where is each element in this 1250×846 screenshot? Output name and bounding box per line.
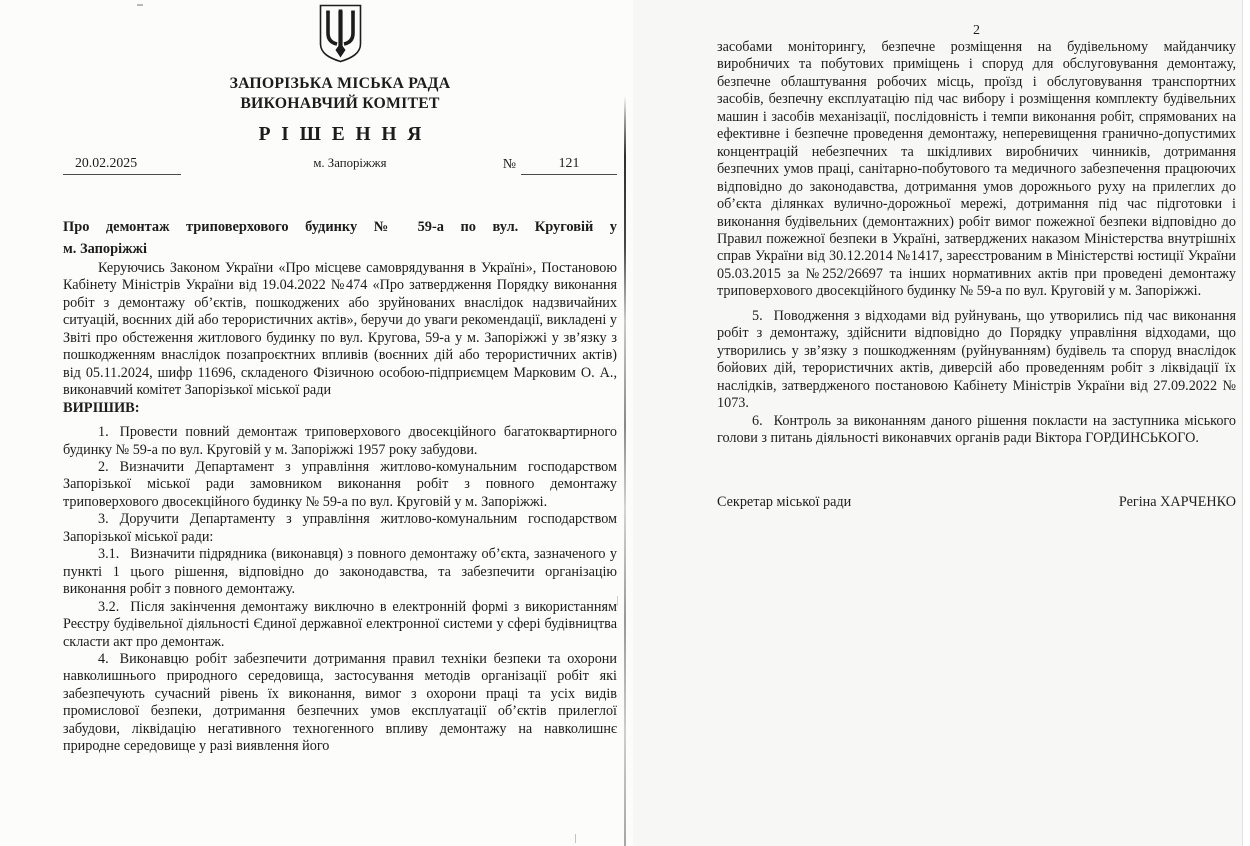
item-6: 6.Контроль за виконанням даного рішення … bbox=[717, 413, 1236, 448]
signature-name: Регіна ХАРЧЕНКО bbox=[1119, 493, 1236, 511]
item-6-number: 6. bbox=[752, 413, 763, 429]
item-4-number: 4. bbox=[98, 651, 109, 667]
signature-block: Секретар міської ради Регіна ХАРЧЕНКО bbox=[717, 493, 1236, 511]
item-3-1-number: 3.1. bbox=[98, 546, 119, 562]
item-3-1: 3.1.Визначити підрядника (виконавця) з п… bbox=[63, 546, 617, 598]
signature-role: Секретар міської ради bbox=[717, 493, 851, 511]
ukraine-trident-emblem-icon bbox=[316, 3, 365, 63]
document-date: 20.02.2025 bbox=[63, 154, 181, 175]
item-1: 1.Провести повний демонтаж триповерховог… bbox=[63, 424, 617, 459]
item-5-number: 5. bbox=[752, 308, 763, 324]
item-5-text: Поводження з відходами від руйнувань, що… bbox=[717, 308, 1236, 411]
item-2-text: Визначити Департамент з управління житло… bbox=[63, 459, 617, 510]
document-page-2: 2 засобами моніторингу, безпечне розміще… bbox=[717, 0, 1236, 511]
scan-edge-strip bbox=[1242, 0, 1250, 846]
authority-name-line2: ВИКОНАВЧИЙ КОМІТЕТ bbox=[63, 94, 617, 114]
scan-artifact bbox=[617, 596, 618, 606]
item-6-text: Контроль за виконанням даного рішення по… bbox=[717, 413, 1236, 446]
item-2-number: 2. bbox=[98, 459, 109, 475]
scanned-document-sheet: ЗАПОРІЗЬКА МІСЬКА РАДА ВИКОНАВЧИЙ КОМІТЕ… bbox=[0, 0, 1250, 846]
page-number: 2 bbox=[717, 22, 1236, 39]
document-number-block: № 121 bbox=[503, 154, 617, 175]
item-3-2: 3.2.Після закінчення демонтажу виключно … bbox=[63, 599, 617, 651]
item-3-2-text: Після закінчення демонтажу виключно в ел… bbox=[63, 599, 617, 650]
item-5: 5.Поводження з відходами від руйнувань, … bbox=[717, 308, 1236, 413]
scan-artifact bbox=[575, 834, 576, 843]
page-divider-line bbox=[624, 96, 626, 846]
item-3-number: 3. bbox=[98, 511, 109, 527]
item-3-1-text: Визначити підрядника (виконавця) з повно… bbox=[63, 546, 617, 597]
item-3-2-number: 3.2. bbox=[98, 599, 119, 615]
item-2: 2.Визначити Департамент з управління жит… bbox=[63, 459, 617, 511]
item-3-text: Доручити Департаменту з управління житло… bbox=[63, 511, 617, 544]
issuing-authority: ЗАПОРІЗЬКА МІСЬКА РАДА ВИКОНАВЧИЙ КОМІТЕ… bbox=[63, 74, 617, 113]
preamble-paragraph: Керуючись Законом України «Про місцеве с… bbox=[63, 260, 617, 400]
number-sign: № bbox=[503, 155, 516, 175]
document-title-line2: м. Запоріжжі bbox=[63, 239, 617, 261]
document-title: Про демонтаж триповерхового будинку № 59… bbox=[63, 217, 617, 260]
document-page-1: ЗАПОРІЗЬКА МІСЬКА РАДА ВИКОНАВЧИЙ КОМІТЕ… bbox=[63, 0, 617, 756]
document-type-heading: РІШЕННЯ bbox=[63, 124, 617, 146]
resolution-items-page2: 5.Поводження з відходами від руйнувань, … bbox=[717, 308, 1236, 448]
document-city: м. Запоріжжя bbox=[313, 155, 386, 175]
document-title-line1: Про демонтаж триповерхового будинку № 59… bbox=[63, 217, 617, 239]
item-1-text: Провести повний демонтаж триповерхового … bbox=[63, 424, 617, 457]
emblem-container bbox=[63, 3, 617, 63]
authority-name-line1: ЗАПОРІЗЬКА МІСЬКА РАДА bbox=[63, 74, 617, 94]
requisites-row: 20.02.2025 м. Запоріжжя № 121 bbox=[63, 154, 617, 175]
scan-artifact bbox=[137, 4, 143, 6]
document-number: 121 bbox=[521, 154, 617, 175]
item-4-continuation: засобами моніторингу, безпечне розміщенн… bbox=[717, 39, 1236, 301]
item-3: 3.Доручити Департаменту з управління жит… bbox=[63, 511, 617, 546]
item-4: 4.Виконавцю робіт забезпечити дотримання… bbox=[63, 651, 617, 756]
item-4-text: Виконавцю робіт забезпечити дотримання п… bbox=[63, 651, 617, 754]
resolution-items-page1: 1.Провести повний демонтаж триповерховог… bbox=[63, 424, 617, 756]
item-1-number: 1. bbox=[98, 424, 109, 440]
resolved-label: ВИРІШИВ: bbox=[63, 400, 617, 417]
